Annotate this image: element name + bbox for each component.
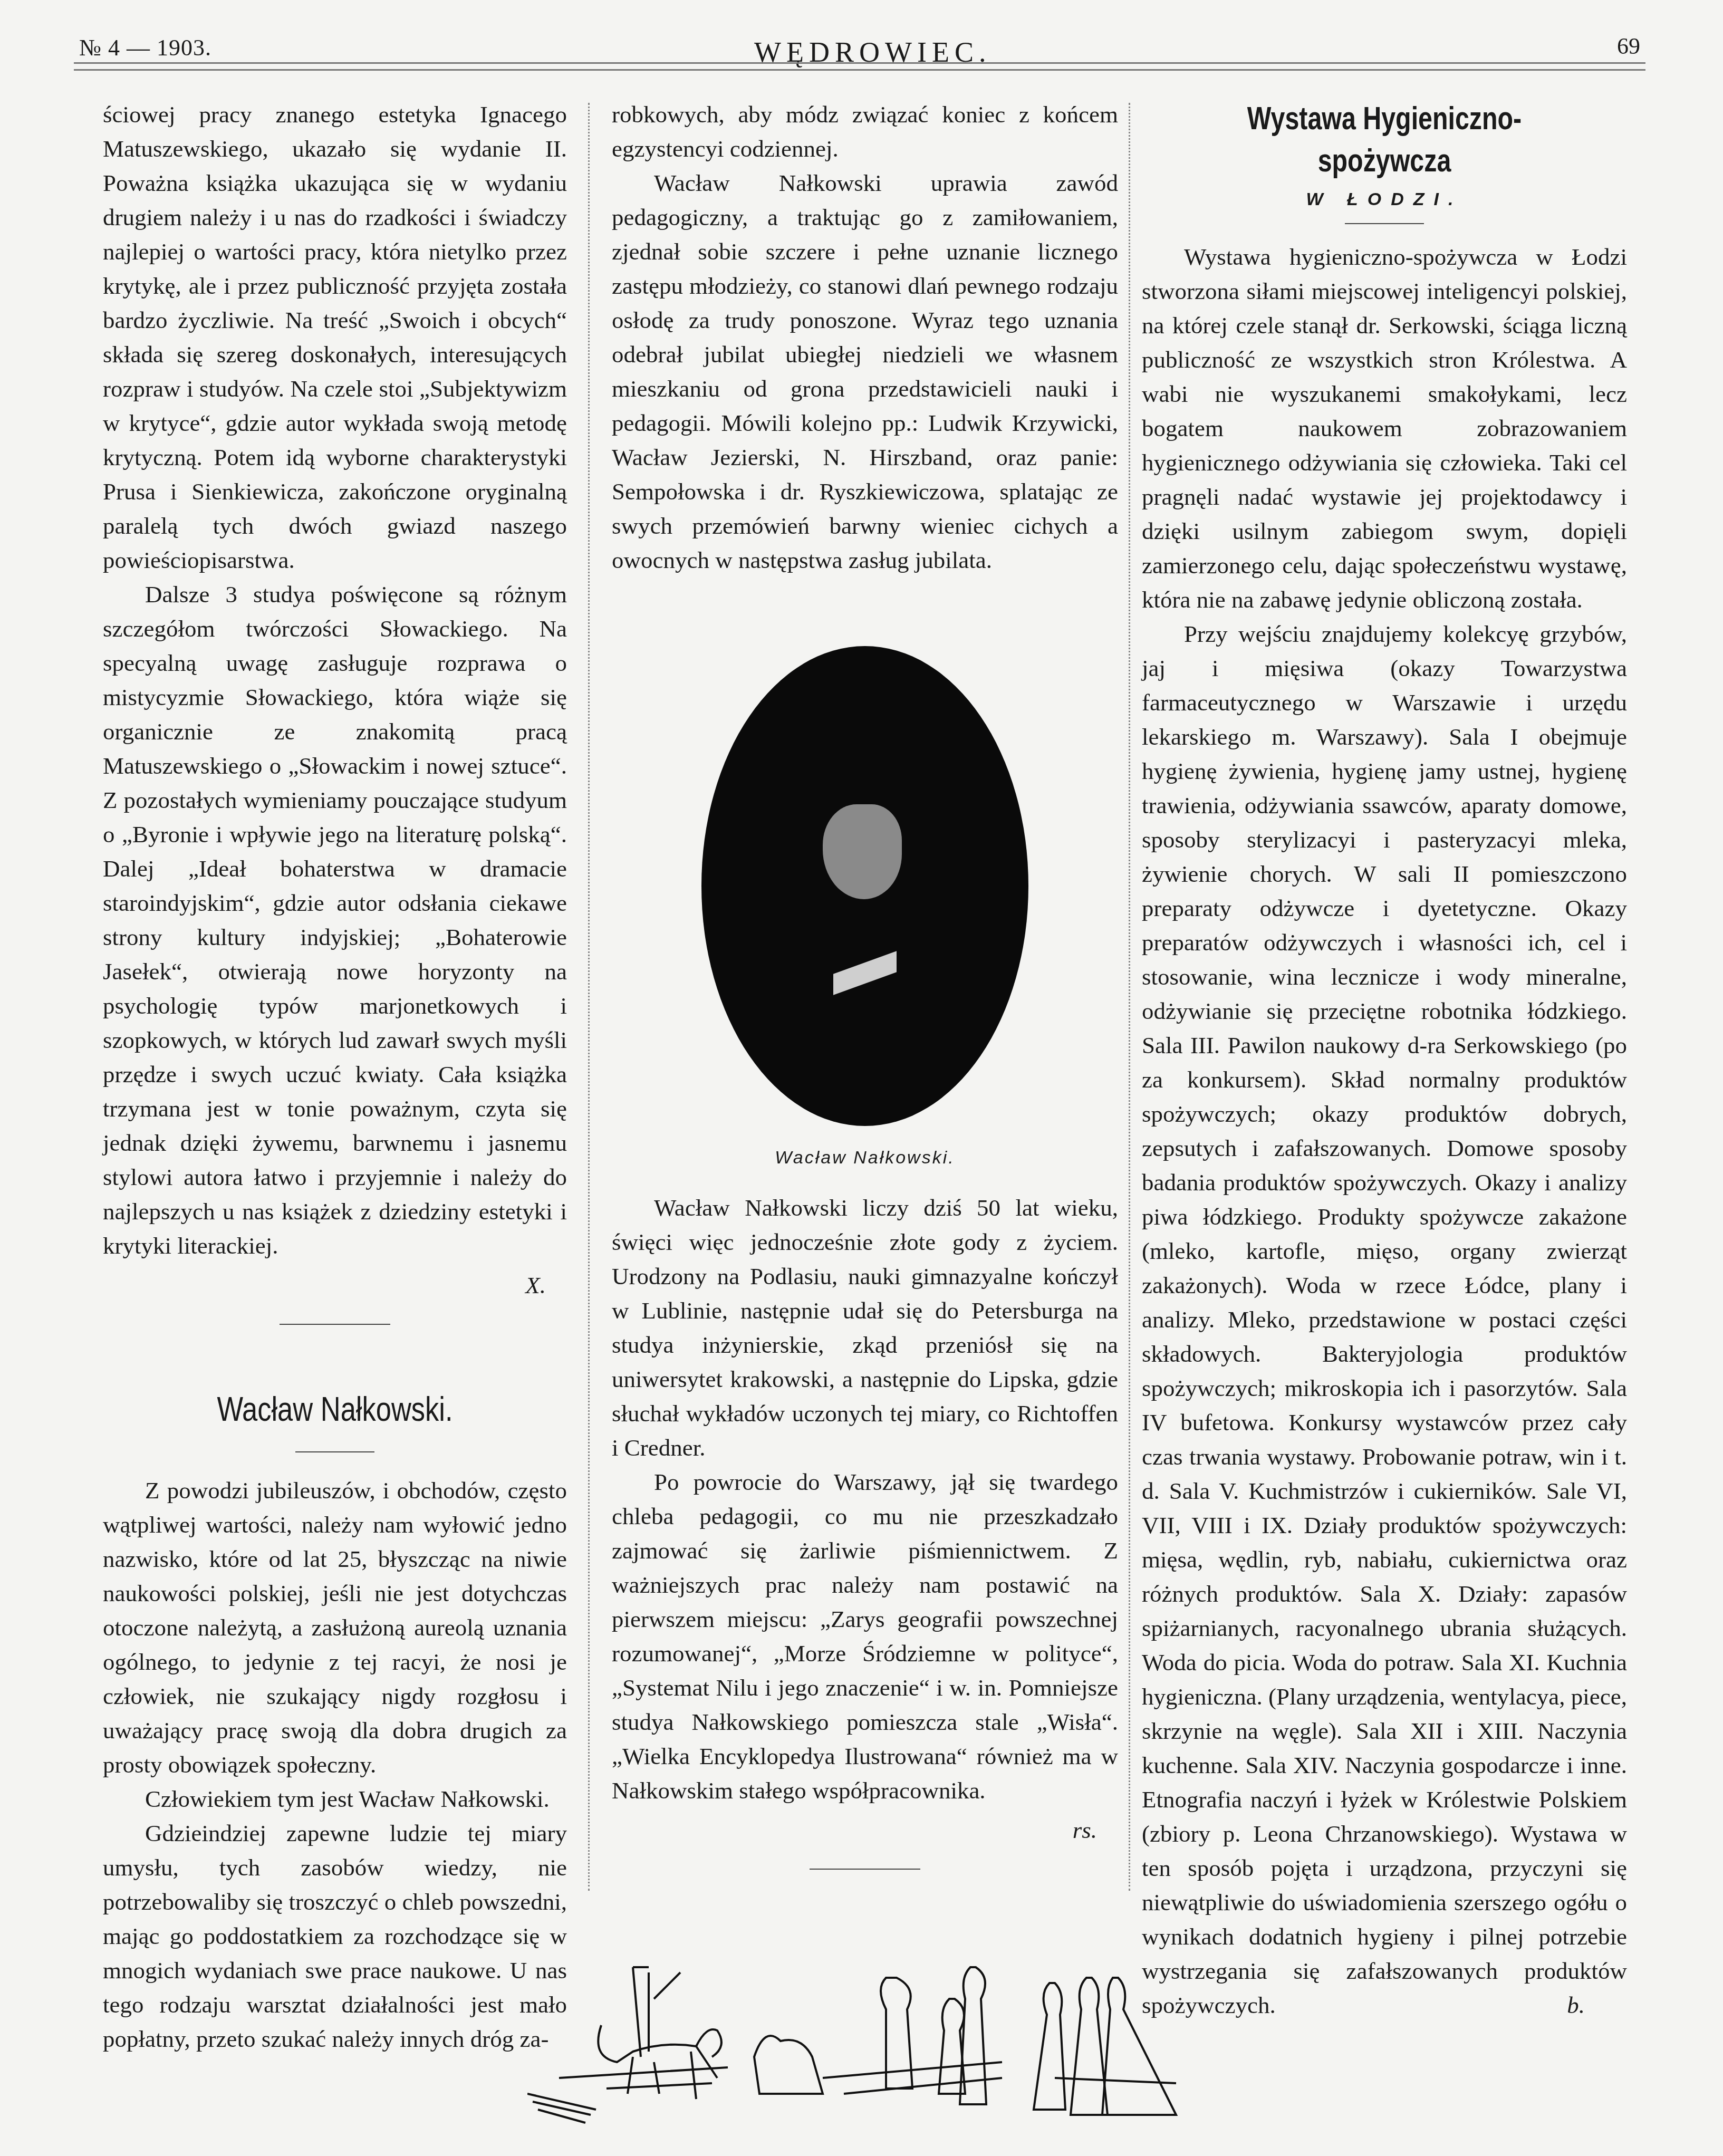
issue-number: № 4 — 1903. <box>79 34 211 61</box>
signature: rs. <box>612 1813 1118 1847</box>
magazine-page: № 4 — 1903. WĘDROWIEC. 69 ściowej pracy … <box>0 0 1723 2156</box>
divider <box>280 1324 390 1325</box>
page-number: 69 <box>1617 33 1640 60</box>
paragraph: Gdzieindziej zapewne ludzie tej miary um… <box>103 1816 567 2056</box>
paragraph: Po powrocie do Warszawy, jął się twardeg… <box>612 1465 1118 1808</box>
portrait-figure: Wacław Nałkowski. <box>612 646 1118 1175</box>
portrait-photo <box>701 646 1028 1126</box>
portrait-caption: Wacław Nałkowski. <box>612 1141 1118 1175</box>
portrait-collar <box>833 951 897 995</box>
portrait-face <box>823 804 902 899</box>
paragraph: Dalsze 3 studya poświęcone są różnym szc… <box>103 577 567 1263</box>
paragraph: Wystawa hygieniczno-spożywcza w Łodzi st… <box>1142 240 1627 617</box>
column-3: Wystawa Hygieniczno-spożywcza W ŁODZI. W… <box>1142 98 1627 2023</box>
paragraph: Z powodzi jubileuszów, i obchodów, częst… <box>103 1474 567 1782</box>
header-double-rule <box>74 62 1645 71</box>
paragraph: Człowiekiem tym jest Wacław Nałkowski. <box>103 1782 567 1816</box>
column-1: ściowej pracy znanego estetyka Ignacego … <box>103 98 567 2056</box>
divider <box>810 1869 920 1870</box>
column-separator <box>588 103 590 1891</box>
paragraph: Wacław Nałkowski liczy dziś 50 lat wieku… <box>612 1191 1118 1465</box>
paragraph: robkowych, aby módz związać koniec z koń… <box>612 98 1118 166</box>
column-2: robkowych, aby módz związać koniec z koń… <box>612 98 1118 1891</box>
divider <box>295 1451 374 1452</box>
divider <box>1345 223 1424 224</box>
paragraph: ściowej pracy znanego estetyka Ignacego … <box>103 98 567 577</box>
vignette-illustration-icon <box>527 1920 1424 2141</box>
article-subtitle: W ŁODZI. <box>1142 186 1627 213</box>
paragraph: Wacław Nałkowski uprawia zawód pedagogic… <box>612 166 1118 577</box>
signature: X. <box>103 1268 567 1303</box>
column-separator <box>1129 103 1130 1891</box>
paragraph: Przy wejściu znajdujemy kolekcyę grzybów… <box>1142 617 1627 2023</box>
article-title: Wacław Nałkowski. <box>145 1388 525 1430</box>
article-title: Wystawa Hygieniczno-spożywcza <box>1195 98 1574 182</box>
